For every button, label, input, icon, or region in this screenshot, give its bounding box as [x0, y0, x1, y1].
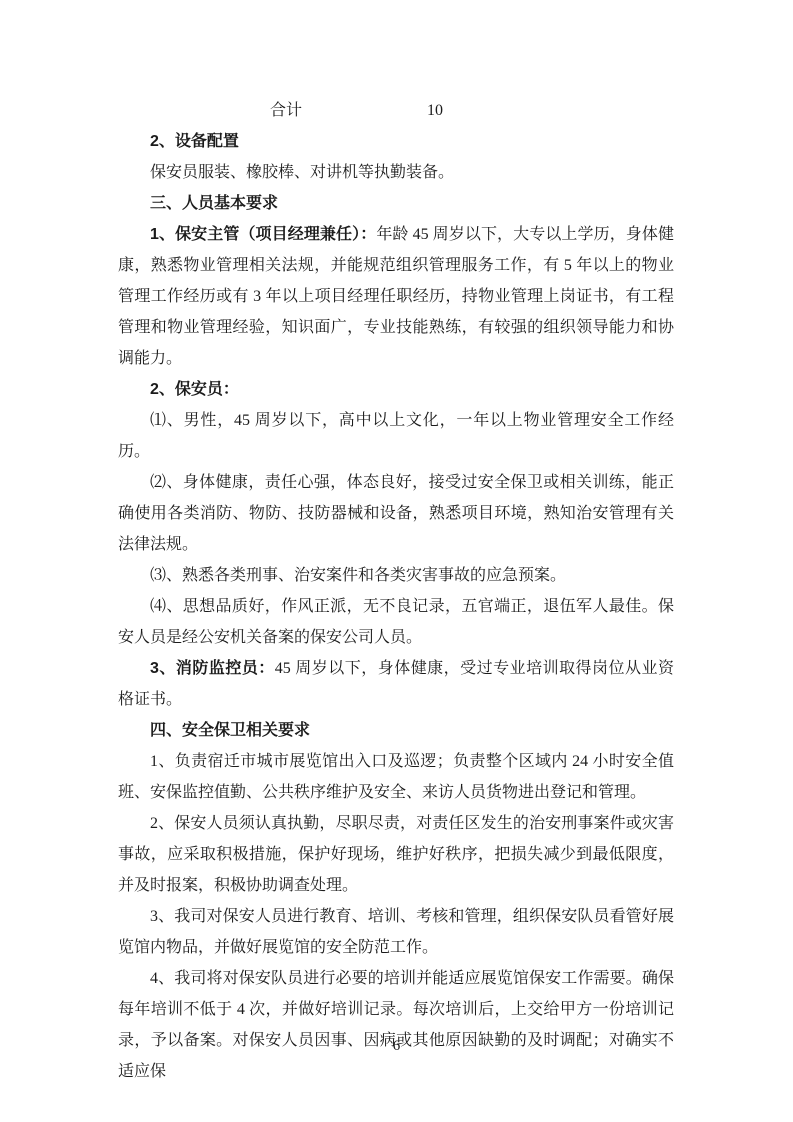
paragraph-requirement-3: 3、我司对保安人员进行教育、培训、考核和管理，组织保安队员看管好展览馆内物品，并…	[118, 901, 674, 963]
paragraph-text: 年龄 45 周岁以下，大专以上学历，身体健康，熟悉物业管理相关法规，并能规范组织…	[118, 226, 674, 367]
document-content: 合计10 2、设备配置 保安员服装、橡胶棒、对讲机等执勤装备。 三、人员基本要求…	[118, 95, 674, 1087]
paragraph-guard-item-3: ⑶、熟悉各类刑事、治安案件和各类灾害事故的应急预案。	[118, 560, 674, 591]
paragraph-guard-item-1: ⑴、男性，45 周岁以下，高中以上文化，一年以上物业管理安全工作经历。	[118, 405, 674, 467]
table-total-label: 合计	[270, 102, 302, 119]
paragraph-equipment-list: 保安员服装、橡胶棒、对讲机等执勤装备。	[118, 157, 674, 188]
paragraph-requirement-2: 2、保安人员须认真执勤，尽职尽责，对责任区发生的治安刑事案件或灾害事故，应采取积…	[118, 808, 674, 901]
paragraph-security-supervisor: 1、保安主管（项目经理兼任）：年龄 45 周岁以下，大专以上学历，身体健康，熟悉…	[118, 219, 674, 374]
section-heading-equipment: 2、设备配置	[118, 126, 674, 157]
table-total-row: 合计10	[118, 95, 674, 126]
paragraph-requirement-1: 1、负责宿迁市城市展览馆出入口及巡逻；负责整个区域内 24 小时安全值班、安保监…	[118, 746, 674, 808]
document-page: 合计10 2、设备配置 保安员服装、橡胶棒、对讲机等执勤装备。 三、人员基本要求…	[0, 0, 793, 1122]
paragraph-guard-item-2: ⑵、身体健康，责任心强，体态良好，接受过安全保卫或相关训练，能正确使用各类消防、…	[118, 467, 674, 560]
paragraph-lead: 3、消防监控员：	[150, 660, 275, 677]
paragraph-fire-monitor: 3、消防监控员：45 周岁以下，身体健康，受过专业培训取得岗位从业资格证书。	[118, 653, 674, 715]
table-total-value: 10	[427, 102, 443, 119]
paragraph-lead: 1、保安主管（项目经理兼任）：	[150, 226, 376, 243]
paragraph-requirement-4: 4、我司将对保安队员进行必要的培训并能适应展览馆保安工作需要。确保每年培训不低于…	[118, 963, 674, 1087]
paragraph-guard-item-4: ⑷、思想品质好，作风正派，无不良记录，五官端正，退伍军人最佳。保安人员是经公安机…	[118, 591, 674, 653]
page-number: 6	[0, 1035, 793, 1057]
section-heading-security-related-requirements: 四、安全保卫相关要求	[118, 715, 674, 746]
section-heading-security-guard: 2、保安员：	[118, 374, 674, 405]
section-heading-personnel-requirements: 三、人员基本要求	[118, 188, 674, 219]
